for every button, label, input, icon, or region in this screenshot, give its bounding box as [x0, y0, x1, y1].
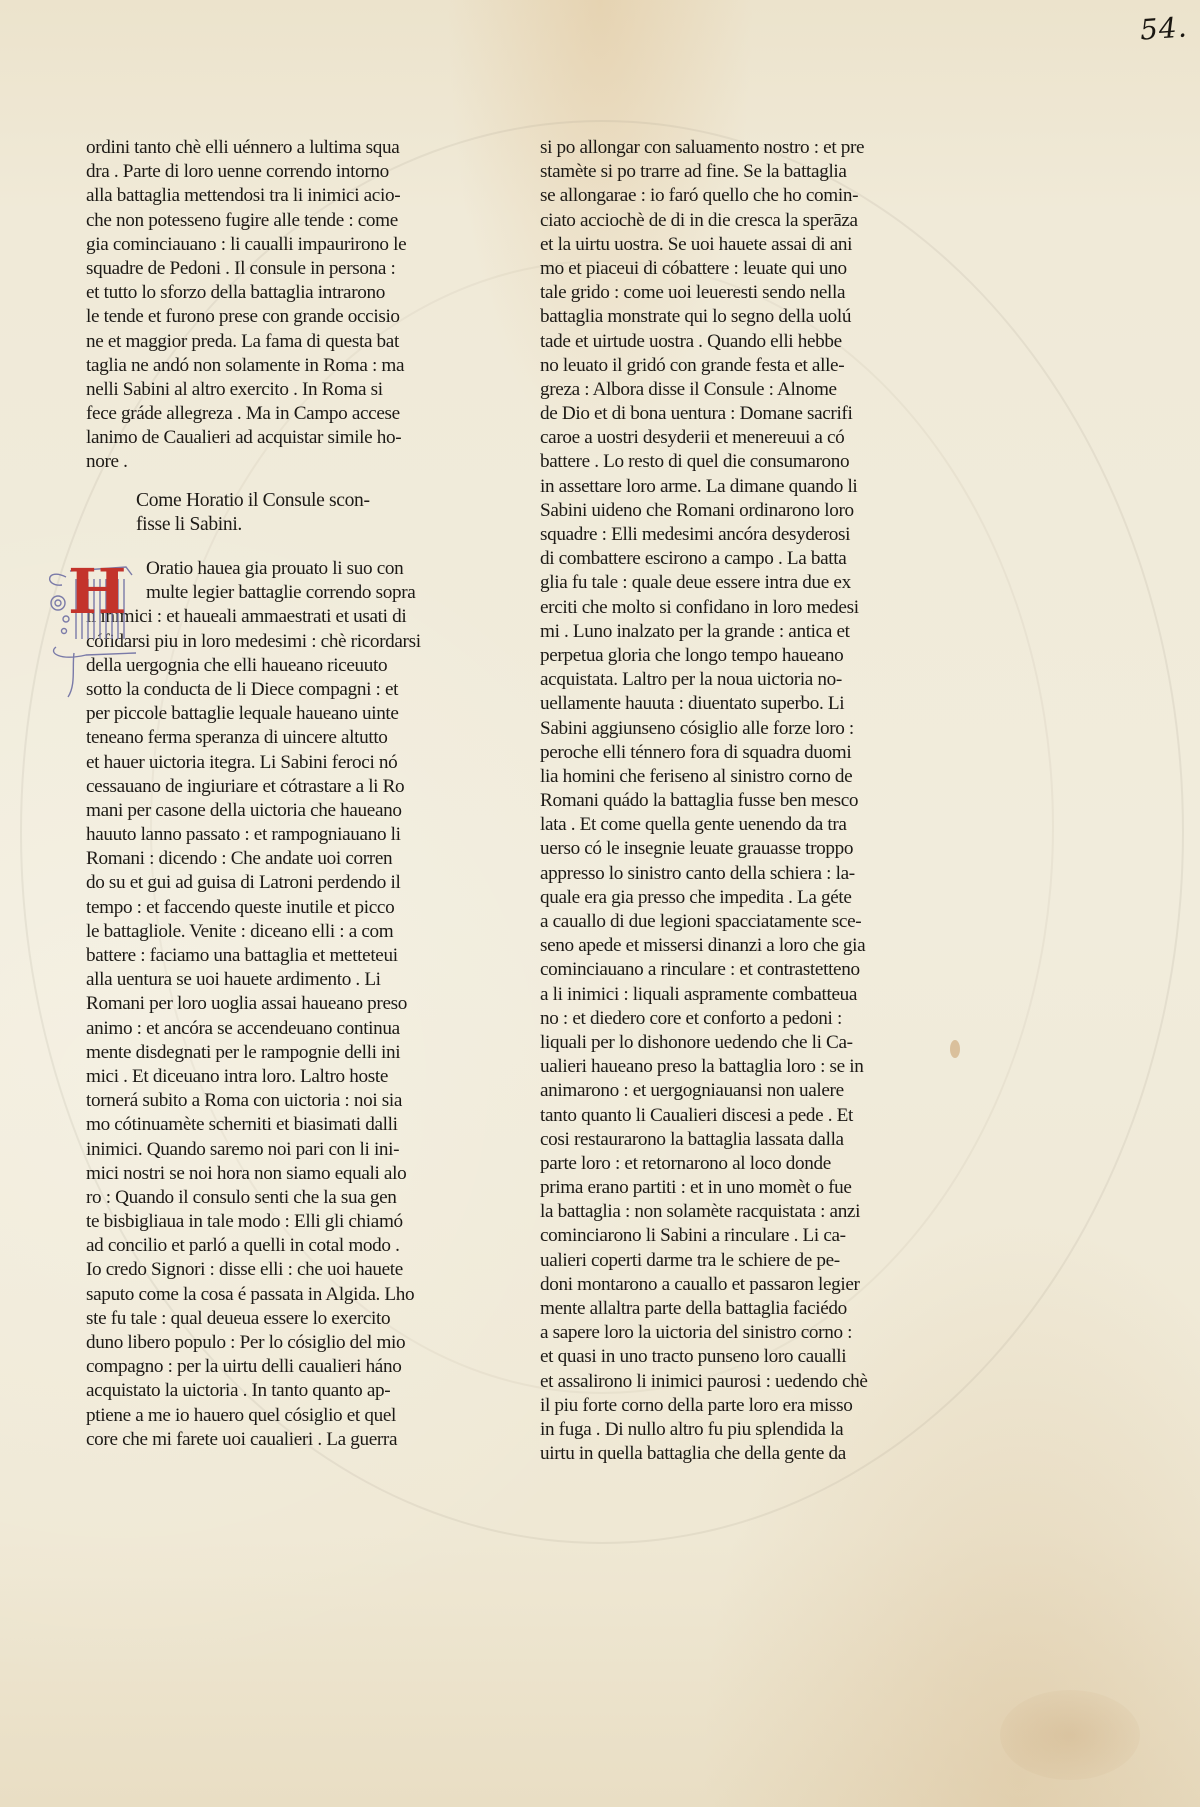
text-line: Io credo Signori : disse elli : che uoi … — [86, 1258, 486, 1282]
text-line: battere . Lo resto di quel die consumaro… — [540, 450, 940, 474]
text-line: mici . Et diceuano intra loro. Laltro ho… — [86, 1065, 486, 1089]
text-line: la battaglia : non solamète racquistata … — [540, 1200, 940, 1224]
text-line: tade et uirtude uostra . Quando elli heb… — [540, 330, 940, 354]
text-line: nelli Sabini al altro exercito . In Roma… — [86, 378, 486, 402]
text-line: et tutto lo sforzo della battaglia intra… — [86, 281, 486, 305]
text-line: compagno : per la uirtu delli caualieri … — [86, 1355, 486, 1379]
text-line: di combattere escirono a campo . La batt… — [540, 547, 940, 571]
text-line: acquistata. Laltro per la noua uictoria … — [540, 668, 940, 692]
text-line: greza : Albora disse il Consule : Alnome — [540, 378, 940, 402]
text-line: liquali per lo dishonore uedendo che li … — [540, 1031, 940, 1055]
text-line: teneano ferma speranza di uincere altutt… — [86, 726, 486, 750]
text-line: per piccole battaglie lequale haueano ui… — [86, 702, 486, 726]
text-line: te bisbigliaua in tale modo : Elli gli c… — [86, 1210, 486, 1234]
text-line: core che mi farete uoi caualieri . La gu… — [86, 1428, 486, 1452]
text-line: caroe a uostri desyderii et menereuui a … — [540, 426, 940, 450]
text-line: saputo come la cosa é passata in Algida.… — [86, 1283, 486, 1307]
text-line: squadre : Elli medesimi ancóra desyderos… — [540, 523, 940, 547]
text-line: animo : et ancóra se accendeuano continu… — [86, 1017, 486, 1041]
text-line: stamète si po trarre ad fine. Se la batt… — [540, 160, 940, 184]
text-line: Sabini aggiunseno cósiglio alle forze lo… — [540, 717, 940, 741]
text-line: mici nostri se noi hora non siamo equali… — [86, 1162, 486, 1186]
text-line: mi . Luno inalzato per la grande : antic… — [540, 620, 940, 644]
text-line: tale grido : come uoi leueresti sendo ne… — [540, 281, 940, 305]
text-line: ste fu tale : qual deueua essere lo exer… — [86, 1307, 486, 1331]
text-line: ualieri haueano preso la battaglia loro … — [540, 1055, 940, 1079]
text-line: no leuato il gridó con grande festa et a… — [540, 354, 940, 378]
text-line: in assettare loro arme. La dimane quando… — [540, 475, 940, 499]
text-line: et la uirtu uostra. Se uoi hauete assai … — [540, 233, 940, 257]
left-column-text-after-wrapper: H Oratio hauea gia prouato li suo conmul… — [86, 557, 486, 1452]
text-line: et assalirono li inimici paurosi : ueden… — [540, 1370, 940, 1394]
text-line: prima erano partiti : et in uno momèt o … — [540, 1176, 940, 1200]
text-line: le tende et furono prese con grande occi… — [86, 305, 486, 329]
text-line: squadre de Pedoni . Il consule in person… — [86, 257, 486, 281]
text-line: inimici. Quando saremo noi pari con li i… — [86, 1138, 486, 1162]
chapter-heading-line: Come Horatio il Consule scon- — [136, 489, 486, 513]
text-line: ne et maggior preda. La fama di questa b… — [86, 330, 486, 354]
text-line: ad concilio et parló a quelli in cotal m… — [86, 1234, 486, 1258]
text-line: a sapere loro la uictoria del sinistro c… — [540, 1321, 940, 1345]
left-column: ordini tanto chè elli uénnero a lultima … — [86, 136, 486, 1452]
text-line: ordini tanto chè elli uénnero a lultima … — [86, 136, 486, 160]
text-line: alla battaglia mettendosi tra li inimici… — [86, 184, 486, 208]
text-line: erciti che molto si confidano in loro me… — [540, 596, 940, 620]
text-line: si po allongar con saluamento nostro : e… — [540, 136, 940, 160]
text-line: ciato acciochè de di in die cresca la sp… — [540, 209, 940, 233]
text-line: quale era gia presso che impedita . La g… — [540, 886, 940, 910]
foxing-stain — [1000, 1690, 1140, 1780]
text-line: Romani per loro uoglia assai haueano pre… — [86, 992, 486, 1016]
text-line: tempo : et faccendo queste inutile et pi… — [86, 896, 486, 920]
text-line: parte loro : et retornarono al loco dond… — [540, 1152, 940, 1176]
text-line: acquistato la uictoria . In tanto quanto… — [86, 1379, 486, 1403]
text-line: mo cótinuamète scherniti et biasimati da… — [86, 1113, 486, 1137]
text-line: hauuto lanno passato : et rampogniauano … — [86, 823, 486, 847]
text-line: glia fu tale : quale deue essere intra d… — [540, 571, 940, 595]
text-line: Romani : dicendo : Che andate uoi corren — [86, 847, 486, 871]
folio-number: 54. — [1139, 10, 1189, 46]
text-line: peroche elli ténnero fora di squadra duo… — [540, 741, 940, 765]
text-line: nore . — [86, 450, 486, 474]
text-line: appresso lo sinistro canto della schiera… — [540, 862, 940, 886]
text-line: se allongarae : io faró quello che ho co… — [540, 184, 940, 208]
text-line: mente disdegnati per le rampognie delli … — [86, 1041, 486, 1065]
text-line: tornerá subito a Roma con uictoria : noi… — [86, 1089, 486, 1113]
text-line: lia homini che feriseno al sinistro corn… — [540, 765, 940, 789]
text-line: do su et gui ad guisa di Latroni perdend… — [86, 871, 486, 895]
text-line: mani per casone della uictoria che hauea… — [86, 799, 486, 823]
text-line: uirtu in quella battaglia che della gent… — [540, 1442, 940, 1466]
foxing-stain — [950, 1040, 960, 1058]
text-line: le battagliole. Venite : diceano elli : … — [86, 920, 486, 944]
text-line: ptiene a me io hauero quel cósiglio et q… — [86, 1404, 486, 1428]
text-line: cominciarono li Sabini a rinculare . Li … — [540, 1224, 940, 1248]
text-line: dra . Parte di loro uenne correndo intor… — [86, 160, 486, 184]
text-line: doni montarono a cauallo et passaron leg… — [540, 1273, 940, 1297]
text-line: battaglia monstrate qui lo segno della u… — [540, 305, 940, 329]
text-line: lanimo de Caualieri ad acquistar simile … — [86, 426, 486, 450]
text-line: duno libero populo : Per lo cósiglio del… — [86, 1331, 486, 1355]
text-line: mente allaltra parte della battaglia fac… — [540, 1297, 940, 1321]
text-line: il piu forte corno della parte loro era … — [540, 1394, 940, 1418]
text-line: in fuga . Di nullo altro fu piu splendid… — [540, 1418, 940, 1442]
text-line: tanto quanto li Caualieri discesi a pede… — [540, 1104, 940, 1128]
text-line: uellamente hauuta : diuentato superbo. L… — [540, 692, 940, 716]
text-line: et quasi in uno tracto punseno loro caua… — [540, 1345, 940, 1369]
text-line: alla uentura se uoi hauete ardimento . L… — [86, 968, 486, 992]
text-line: lata . Et come quella gente uenendo da t… — [540, 813, 940, 837]
illuminated-initial: H — [36, 557, 156, 705]
text-line: battere : faciamo una battaglia et mette… — [86, 944, 486, 968]
text-line: Romani quádo la battaglia fusse ben mesc… — [540, 789, 940, 813]
text-line: ualieri coperti darme tra le schiere de … — [540, 1249, 940, 1273]
text-line: seno apede et missersi dinanzi a loro ch… — [540, 934, 940, 958]
text-line: gia cominciauano : li caualli impauriron… — [86, 233, 486, 257]
text-line: a cauallo di due legioni spacciatamente … — [540, 910, 940, 934]
right-column: si po allongar con saluamento nostro : e… — [540, 136, 940, 1466]
text-line: uerso có le insegnie leuate grauasse tro… — [540, 837, 940, 861]
initial-letter: H — [68, 561, 126, 623]
text-line: a li inimici : liquali aspramente combat… — [540, 983, 940, 1007]
text-line: et hauer uictoria itegra. Li Sabini fero… — [86, 751, 486, 775]
left-column-text-before: ordini tanto chè elli uénnero a lultima … — [86, 136, 486, 475]
text-line: fece gráde allegreza . Ma in Campo acces… — [86, 402, 486, 426]
text-line: che non potesseno fugire alle tende : co… — [86, 209, 486, 233]
text-line: ro : Quando il consulo senti che la sua … — [86, 1186, 486, 1210]
text-line: cessauano de ingiuriare et cótrastare a … — [86, 775, 486, 799]
text-line: cominciauano a rinculare : et contrastet… — [540, 958, 940, 982]
text-line: no : et diedero core et conforto a pedon… — [540, 1007, 940, 1031]
text-line: mo et piaceui di cóbattere : leuate qui … — [540, 257, 940, 281]
chapter-heading: Come Horatio il Consule scon- fisse li S… — [86, 489, 486, 537]
text-line: Sabini uideno che Romani ordinarono loro — [540, 499, 940, 523]
book-page: 54. ordini tanto chè elli uénnero a lult… — [0, 0, 1200, 1807]
right-column-text: si po allongar con saluamento nostro : e… — [540, 136, 940, 1466]
text-line: perpetua gloria che longo tempo haueano — [540, 644, 940, 668]
chapter-heading-line: fisse li Sabini. — [136, 513, 486, 537]
text-line: taglia ne andó non solamente in Roma : m… — [86, 354, 486, 378]
text-line: cosi restaurarono la battaglia lassata d… — [540, 1128, 940, 1152]
text-line: de Dio et di bona uentura : Domane sacri… — [540, 402, 940, 426]
text-line: animarono : et uergogniauansi non ualere — [540, 1079, 940, 1103]
